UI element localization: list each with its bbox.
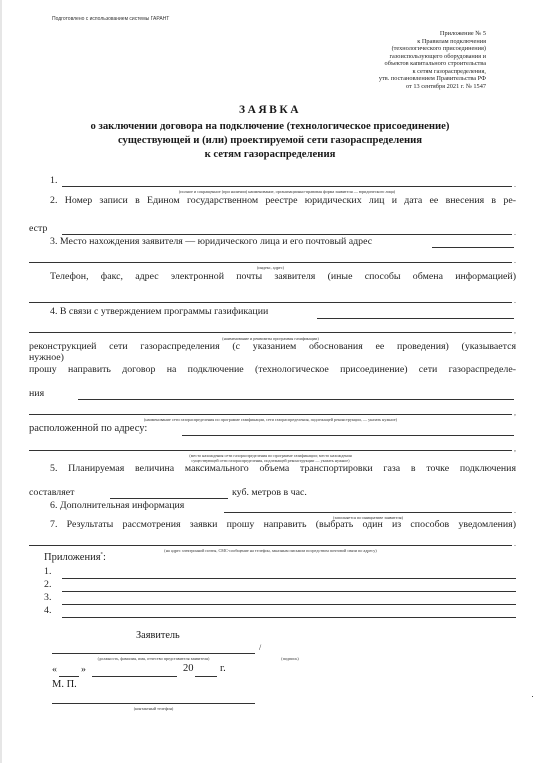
date-day-field[interactable] xyxy=(59,664,79,676)
field-underline xyxy=(92,676,177,677)
field-underline xyxy=(59,676,79,677)
document-title: ЗАЯВКА xyxy=(0,104,540,116)
item7-label: 7. Результаты рассмотрения заявки прошу … xyxy=(50,519,516,530)
line-dot: , xyxy=(514,408,516,417)
line-dot: , xyxy=(514,444,516,453)
signature-slash: / xyxy=(259,643,261,652)
field-underline xyxy=(29,262,512,263)
field-underline xyxy=(317,318,514,319)
applicant-heading: Заявитель xyxy=(136,630,180,641)
network-address-field-start[interactable] xyxy=(182,423,514,435)
date-close-quote: » xyxy=(81,664,86,675)
appendix-reference: Приложение № 5 к Правилам подключения (т… xyxy=(379,30,486,90)
field-underline xyxy=(78,399,514,400)
additional-info-field[interactable] xyxy=(224,500,512,512)
date-open-quote: « xyxy=(52,664,57,675)
attachment-field-3[interactable] xyxy=(62,592,516,604)
item5-prefix: составляет xyxy=(29,487,74,498)
gasification-program-field[interactable] xyxy=(29,320,512,332)
document-subtitle-line: существующей и (или) проектируемой сети … xyxy=(0,134,540,147)
item2-label: 2. Номер записи в Едином государственном… xyxy=(50,195,516,206)
year-suffix: г. xyxy=(220,663,226,674)
attachment-field-1[interactable] xyxy=(62,566,516,578)
request-text: прошу направить договор на подключение (… xyxy=(29,364,516,375)
field-underline xyxy=(110,498,228,499)
item2-continuation: естр xyxy=(29,223,47,234)
attachment-field-4[interactable] xyxy=(62,605,516,617)
signature-field[interactable] xyxy=(265,641,315,653)
item5-unit: куб. метров в час. xyxy=(232,487,307,498)
document-subtitle-line: о заключении договора на подключение (те… xyxy=(0,120,540,133)
legal-address-field[interactable] xyxy=(29,250,512,262)
item3-label: 3. Место нахождения заявителя — юридичес… xyxy=(50,236,372,247)
garant-note: Подготовлено с использованием системы ГА… xyxy=(52,16,169,22)
attachments-heading: Приложения*: xyxy=(44,552,106,563)
field-underline xyxy=(29,332,512,333)
applicant-name-field[interactable] xyxy=(62,174,512,186)
attachment-number: 1. xyxy=(44,566,51,577)
field-underline xyxy=(62,234,512,235)
appendix-line: (технологического присоединения) xyxy=(379,45,486,53)
line-dot: , xyxy=(514,326,516,335)
attachment-number: 3. xyxy=(44,592,51,603)
field-underline xyxy=(195,676,217,677)
field-underline xyxy=(182,435,514,436)
item6-label: 6. Дополнительная информация xyxy=(50,500,184,511)
notification-method-field[interactable] xyxy=(29,533,512,545)
field-underline xyxy=(29,302,512,303)
field-underline xyxy=(52,653,255,654)
appendix-line: утв. постановлением Правительства РФ xyxy=(379,75,486,83)
field-underline xyxy=(29,545,512,546)
appendix-line: Приложение № 5 xyxy=(379,30,486,38)
egrul-record-field[interactable] xyxy=(62,222,512,234)
item4-label: 4. В связи с утверждением программы гази… xyxy=(50,306,268,317)
network-name-field-start[interactable] xyxy=(78,387,514,399)
scan-speck xyxy=(532,696,533,697)
field-underline xyxy=(432,247,514,248)
signature-hint: (подпись) xyxy=(265,656,315,661)
position-hint: (должность, фамилия, имя, отчество предс… xyxy=(52,656,255,661)
line-dot: . xyxy=(514,506,516,515)
contacts-field[interactable] xyxy=(29,290,512,302)
appendix-line: от 13 сентября 2021 г. № 1547 xyxy=(379,83,486,91)
network-address-field[interactable] xyxy=(29,438,512,450)
date-month-field[interactable] xyxy=(92,664,177,676)
line-dot: . xyxy=(514,180,516,189)
reconstruction-text-cont: нужное) xyxy=(29,352,64,363)
field-underline xyxy=(29,450,512,451)
line-dot: . xyxy=(514,539,516,548)
network-hint: (наименование сети газораспределения по … xyxy=(29,417,512,422)
network-name-field[interactable] xyxy=(29,402,512,414)
contact-phone-field[interactable] xyxy=(52,691,255,703)
attachment-number: 4. xyxy=(44,605,51,616)
field-underline xyxy=(29,414,512,415)
item1-hint: (полное и сокращенное (при наличии) наим… xyxy=(62,189,512,194)
line-dot: . xyxy=(514,256,516,265)
item1-label: 1. xyxy=(50,175,57,186)
item5-label: 5. Планируемая величина максимального об… xyxy=(50,463,516,474)
year-prefix: 20 xyxy=(183,663,194,674)
phone-hint: (контактный телефон) xyxy=(52,706,255,711)
request-text-cont: ния xyxy=(29,388,44,399)
appendix-line: к сетям газораспределения, xyxy=(379,68,486,76)
field-underline xyxy=(224,512,512,513)
field-underline xyxy=(52,703,255,704)
appendix-line: газоиспользующего оборудования и xyxy=(379,53,486,61)
date-year-field[interactable] xyxy=(195,664,217,676)
contacts-label: Телефон, факс, адрес электронной почты з… xyxy=(50,271,516,282)
attachment-field-2[interactable] xyxy=(62,579,516,591)
reconstruction-text: реконструкцией сети газораспределения (с… xyxy=(29,341,516,352)
line-dot: . xyxy=(514,296,516,305)
program-field-start[interactable] xyxy=(317,306,514,318)
field-underline xyxy=(62,617,516,618)
stamp-label: М. П. xyxy=(52,679,77,690)
attachments-label: Приложения xyxy=(44,552,101,563)
attachments-suffix: : xyxy=(103,552,106,563)
attachment-number: 2. xyxy=(44,579,51,590)
appendix-line: к Правилам подключения xyxy=(379,38,486,46)
line-dot: . xyxy=(514,228,516,237)
applicant-position-name-field[interactable] xyxy=(52,641,255,653)
appendix-line: объектов капитального строительства xyxy=(379,60,486,68)
field-underline xyxy=(62,186,512,187)
item3-hint: (индекс, адрес) xyxy=(29,265,512,270)
document-subtitle-line: к сетям газораспределения xyxy=(0,148,540,161)
gas-volume-field[interactable] xyxy=(110,486,228,498)
address-label: расположенной по адресу: xyxy=(29,423,147,434)
